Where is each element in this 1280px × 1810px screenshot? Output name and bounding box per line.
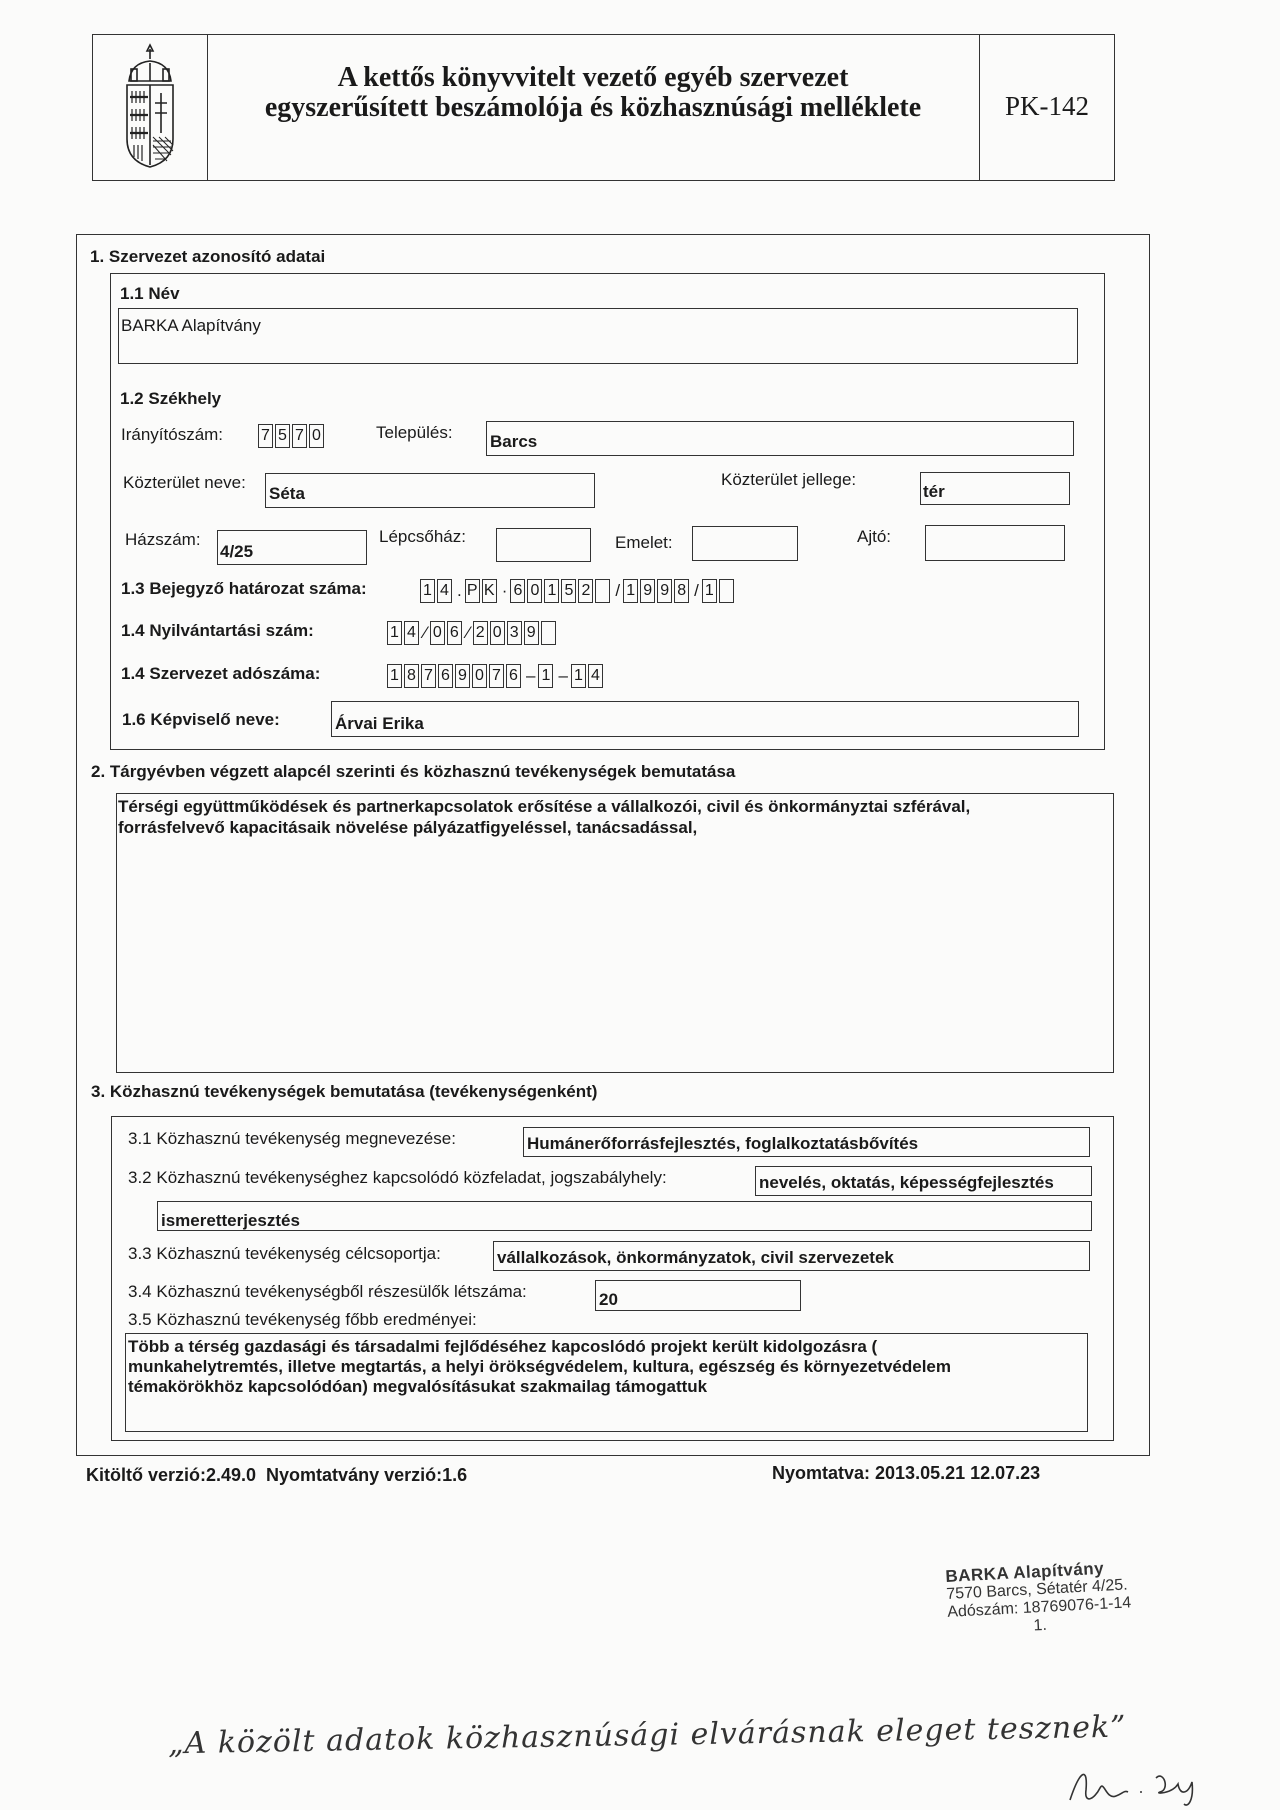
digit-cell[interactable]: 9 [640, 579, 655, 603]
digit-cell[interactable]: 0 [527, 579, 542, 603]
section2-textarea[interactable]: Térségi együttműködések és partnerkapcso… [116, 793, 1114, 1073]
digit-cell[interactable] [595, 579, 610, 603]
representative-field[interactable]: Árvai Erika [331, 701, 1079, 737]
beneficiaries-value: 20 [599, 1290, 618, 1310]
registration-decision-label: 1.3 Bejegyző határozat száma: [121, 579, 367, 599]
digit-cell[interactable]: 2 [578, 579, 593, 603]
city-label: Település: [376, 423, 453, 443]
separator: · [499, 581, 511, 601]
street-name-label: Közterület neve: [123, 473, 246, 493]
floor-field[interactable] [692, 526, 798, 561]
digit-cell[interactable]: 3 [507, 621, 522, 645]
house-no-label: Házszám: [125, 530, 201, 550]
street-type-field[interactable]: tér [920, 472, 1070, 505]
target-group-value: vállalkozások, önkormányzatok, civil sze… [497, 1248, 894, 1268]
digit-cell[interactable]: 0 [472, 664, 487, 688]
target-group-label: 3.3 Közhasznú tevékenység célcsoportja: [128, 1244, 441, 1264]
digit-cell[interactable]: 1 [387, 621, 402, 645]
digit-cell[interactable]: 9 [455, 664, 470, 688]
section1-title: 1. Szervezet azonosító adatai [90, 247, 325, 267]
beneficiaries-label: 3.4 Közhasznú tevékenységből részesülők … [128, 1282, 527, 1302]
separator: / [691, 581, 702, 601]
digit-cell[interactable] [719, 579, 734, 603]
activity-name-value: Humánerőforrásfejlesztés, foglalkoztatás… [527, 1134, 918, 1154]
digit-cell[interactable]: 4 [437, 579, 452, 603]
target-group-field[interactable]: vállalkozások, önkormányzatok, civil sze… [493, 1241, 1090, 1271]
results-textarea[interactable]: Több a térség gazdasági és társadalmi fe… [125, 1333, 1088, 1432]
representative-label: 1.6 Képviselő neve: [122, 710, 280, 730]
separator: . [454, 581, 465, 601]
digit-cell[interactable]: 5 [561, 579, 576, 603]
public-task-value: nevelés, oktatás, képességfejlesztés [759, 1173, 1054, 1193]
signature-icon [1060, 1760, 1240, 1810]
street-name-value: Séta [269, 484, 305, 504]
digit-cell[interactable]: 8 [404, 664, 419, 688]
zip-field[interactable]: 7570 [258, 424, 326, 448]
digit-cell[interactable]: 7 [421, 664, 436, 688]
results-line1: Több a térség gazdasági és társadalmi fe… [128, 1337, 877, 1357]
digit-cell[interactable]: 1 [544, 579, 559, 603]
name-label: 1.1 Név [120, 284, 180, 304]
digit-cell[interactable]: 0 [309, 424, 324, 448]
door-field[interactable] [925, 525, 1065, 561]
digit-cell[interactable]: 1 [623, 579, 638, 603]
digit-cell[interactable]: 6 [506, 664, 521, 688]
separator: – [555, 666, 570, 686]
separator: / [612, 581, 623, 601]
city-value: Barcs [490, 432, 537, 452]
street-type-label: Közterület jellege: [721, 470, 856, 490]
street-type-value: tér [923, 482, 945, 502]
version-info: Kitöltő verzió:2.49.0 Nyomtatvány verzió… [86, 1465, 467, 1486]
digit-cell[interactable]: 1 [571, 664, 586, 688]
digit-cell[interactable]: 0 [490, 621, 505, 645]
separator: ⁄ [464, 623, 473, 643]
public-task-value-cont: ismeretterjesztés [161, 1211, 300, 1231]
public-task-field-cont[interactable]: ismeretterjesztés [157, 1201, 1092, 1231]
form-title: A kettős könyvvitelt vezető egyéb szerve… [209, 63, 977, 123]
results-line2: munkahelytremtés, illetve megtartás, a h… [128, 1357, 951, 1377]
digit-cell[interactable]: 6 [447, 621, 462, 645]
section2-text-line2: forrásfelvevő kapacitásaik növelése pály… [118, 818, 697, 838]
name-field[interactable]: BARKA Alapítvány [118, 308, 1078, 364]
name-value: BARKA Alapítvány [121, 316, 261, 336]
floor-label: Emelet: [615, 533, 673, 553]
seat-label: 1.2 Székhely [120, 389, 221, 409]
registry-number-label: 1.4 Nyilvántartási szám: [121, 621, 314, 641]
digit-cell[interactable]: 9 [524, 621, 539, 645]
section2-title: 2. Tárgyévben végzett alapcél szerinti é… [91, 762, 735, 782]
digit-cell[interactable] [541, 621, 556, 645]
coat-of-arms-icon [119, 41, 181, 171]
printed-timestamp: Nyomtatva: 2013.05.21 12.07.23 [772, 1463, 1040, 1484]
digit-cell[interactable]: 4 [588, 664, 603, 688]
city-field[interactable]: Barcs [486, 421, 1074, 456]
activity-name-label: 3.1 Közhasznú tevékenység megnevezése: [128, 1129, 456, 1149]
zip-label: Irányítószám: [121, 425, 223, 445]
house-no-value: 4/25 [220, 542, 253, 562]
digit-cell[interactable]: 1 [387, 664, 402, 688]
activity-name-field[interactable]: Humánerőforrásfejlesztés, foglalkoztatás… [523, 1127, 1090, 1157]
house-no-field[interactable]: 4/25 [217, 530, 367, 565]
digit-cell[interactable]: 7 [292, 424, 307, 448]
public-task-field[interactable]: nevelés, oktatás, képességfejlesztés [755, 1166, 1092, 1196]
organization-stamp: BARKA Alapítvány 7570 Barcs, Sétatér 4/2… [945, 1558, 1133, 1640]
digit-cell[interactable]: 6 [438, 664, 453, 688]
digit-cell[interactable]: 7 [489, 664, 504, 688]
digit-cell[interactable]: 0 [430, 621, 445, 645]
separator: ⁄ [421, 623, 430, 643]
results-line3: témakörökhöz kapcsolódóan) megvalósításu… [128, 1377, 707, 1397]
digit-cell[interactable]: K [482, 579, 497, 603]
digit-cell[interactable]: 1 [420, 579, 435, 603]
digit-cell[interactable]: 6 [510, 579, 525, 603]
results-label: 3.5 Közhasznú tevékenység főbb eredménye… [128, 1310, 477, 1330]
digit-cell[interactable]: 8 [674, 579, 689, 603]
digit-cell[interactable]: 2 [473, 621, 488, 645]
separator: – [523, 666, 538, 686]
digit-cell[interactable]: 7 [258, 424, 273, 448]
beneficiaries-field[interactable]: 20 [595, 1280, 801, 1311]
form-header: A kettős könyvvitelt vezető egyéb szerve… [92, 34, 1115, 181]
registration-decision-field[interactable]: 14.PK·60152/1998/1 [420, 579, 736, 603]
staircase-field[interactable] [496, 528, 591, 562]
section3-title: 3. Közhasznú tevékenységek bemutatása (t… [91, 1082, 597, 1102]
public-task-label: 3.2 Közhasznú tevékenységhez kapcsolódó … [128, 1168, 667, 1188]
tax-number-label: 1.4 Szervezet adószáma: [121, 664, 320, 684]
staircase-label: Lépcsőház: [379, 527, 466, 547]
tax-number-field[interactable]: 18769076–1–14 [387, 664, 605, 688]
section2-text-line1: Térségi együttműködések és partnerkapcso… [118, 797, 970, 817]
digit-cell[interactable]: 5 [275, 424, 290, 448]
registry-number-field[interactable]: 14⁄06⁄2039 [387, 621, 558, 645]
form-code: PK-142 [981, 91, 1113, 122]
handwritten-note: „A közölt adatok közhasznúsági elvárásna… [168, 1710, 1127, 1762]
digit-cell[interactable]: P [465, 579, 480, 603]
street-name-field[interactable]: Séta [265, 473, 595, 508]
digit-cell[interactable]: 1 [702, 579, 717, 603]
digit-cell[interactable]: 1 [538, 664, 553, 688]
digit-cell[interactable]: 9 [657, 579, 672, 603]
door-label: Ajtó: [857, 527, 891, 547]
digit-cell[interactable]: 4 [404, 621, 419, 645]
representative-value: Árvai Erika [335, 714, 424, 734]
